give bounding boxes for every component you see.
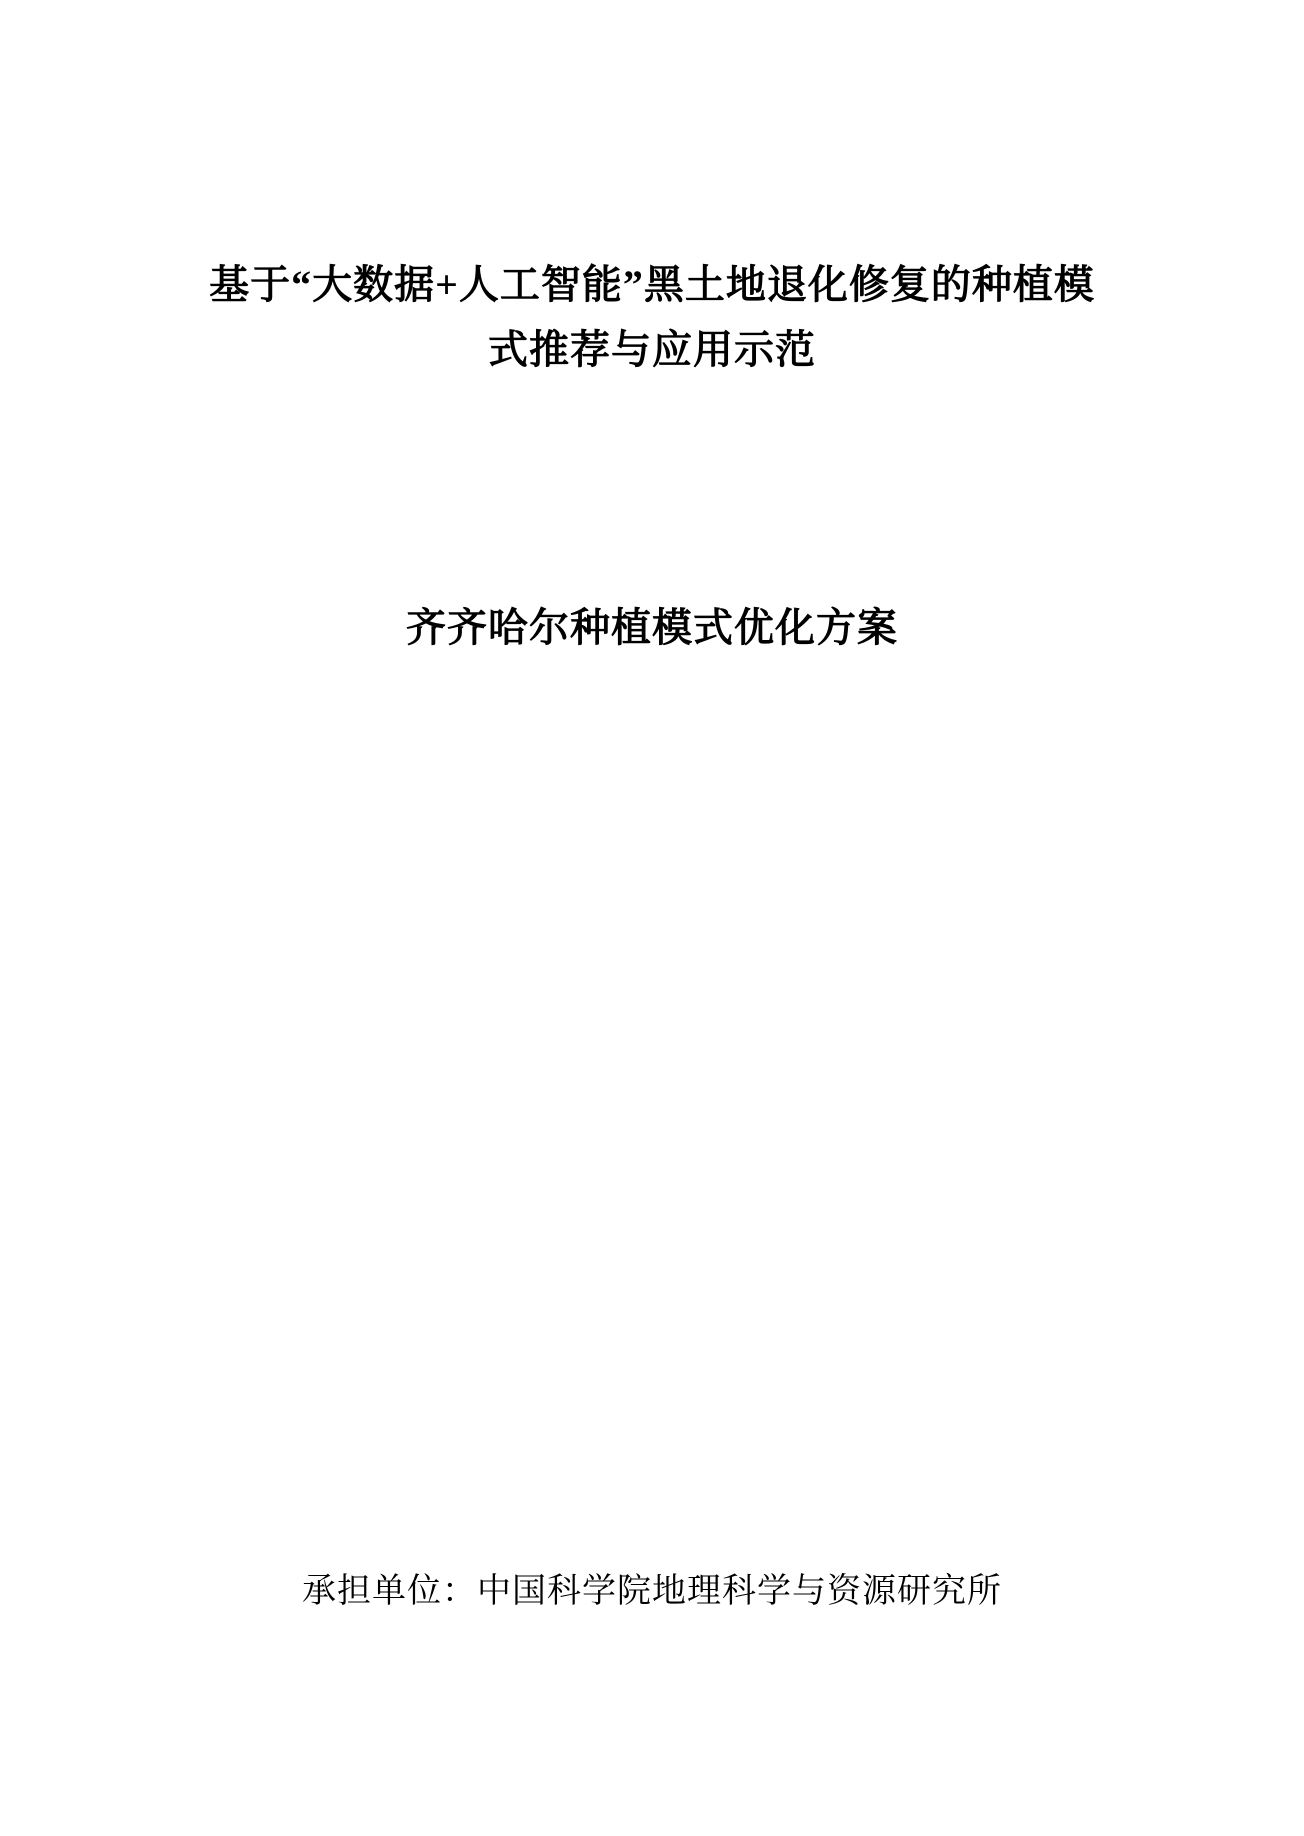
undertaking-unit-line: 承担单位：中国科学院地理科学与资源研究所: [0, 1570, 1304, 1614]
document-title: 基于“大数据+人工智能”黑土地退化修复的种植模 式推荐与应用示范: [0, 252, 1304, 382]
document-title-line-1: 基于“大数据+人工智能”黑土地退化修复的种植模: [0, 252, 1304, 317]
document-cover-page: 基于“大数据+人工智能”黑土地退化修复的种植模 式推荐与应用示范 齐齐哈尔种植模…: [0, 0, 1304, 1836]
document-subtitle: 齐齐哈尔种植模式优化方案: [0, 602, 1304, 654]
document-title-line-2: 式推荐与应用示范: [0, 317, 1304, 382]
